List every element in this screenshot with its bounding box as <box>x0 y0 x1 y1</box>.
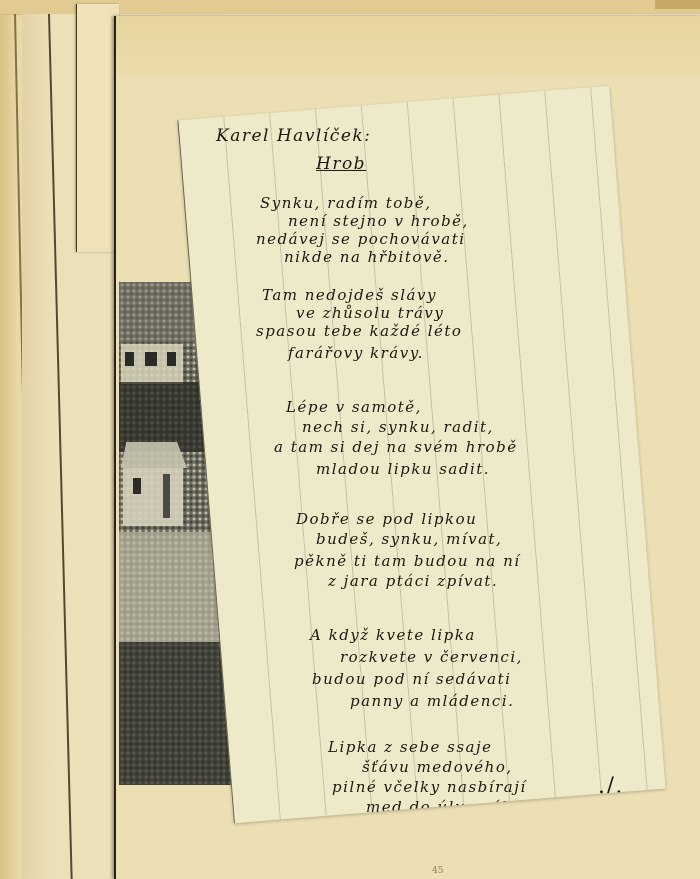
author-heading: Karel Havlíček: <box>216 126 371 146</box>
poem-line: nikde na hřbitově. <box>284 248 450 266</box>
page-mark: 45 <box>432 866 443 876</box>
poem-line: pěkně ti tam budou na ní <box>294 552 521 570</box>
poem-line: Lépe v samotě, <box>286 398 422 416</box>
photo-window <box>167 352 176 366</box>
handwritten-letter: Karel Havlíček: Hrob Synku, radím tobě, … <box>177 86 665 823</box>
poem-line: budou pod ní sedávati <box>312 670 511 688</box>
poem-line: ve zhůsolu trávy <box>296 304 444 322</box>
narrow-paper-slip <box>76 4 119 252</box>
poem-line: a tam si dej na svém hrobě <box>274 438 518 456</box>
poem-line: A když kvete lipka <box>310 626 476 644</box>
poem-line: budeš, synku, mívat, <box>316 530 502 548</box>
poem-line: Lipka z sebe ssaje <box>328 738 493 756</box>
corner-tab <box>655 0 700 9</box>
mount-top-band <box>116 16 700 76</box>
poem-line: mladou lipku sadit. <box>316 460 490 478</box>
photo-door <box>163 474 170 518</box>
photo-shed <box>123 468 183 526</box>
photo-window <box>125 352 134 366</box>
poem-line: pilné včelky nasbírají <box>332 778 527 796</box>
poem-line: Tam nedojdeš slávy <box>262 286 437 304</box>
photo-house-upper <box>121 344 183 384</box>
photo-window <box>145 352 157 366</box>
poem-line: není stejno v hrobě, <box>288 212 469 230</box>
poem-line: Dobře se pod lipkou <box>296 510 477 528</box>
poem-line: farářovy krávy. <box>288 344 424 362</box>
poem-line: spasou tebe každé léto <box>256 322 462 340</box>
photo-shed-roof <box>121 442 187 468</box>
poem-title: Hrob <box>316 154 366 174</box>
poem-line: nech si, synku, radit, <box>302 418 494 436</box>
poem-line: Synku, radím tobě, <box>260 194 432 212</box>
poem-line: panny a mládenci. <box>350 692 514 710</box>
poem-line: rozkvete v červenci, <box>340 648 523 666</box>
poem-line: šťávu medového, <box>362 758 513 776</box>
photo-window <box>133 478 141 494</box>
poem-line: nedávej se pochovávati <box>256 230 466 248</box>
poem-line: z jara ptáci zpívat. <box>328 572 498 590</box>
